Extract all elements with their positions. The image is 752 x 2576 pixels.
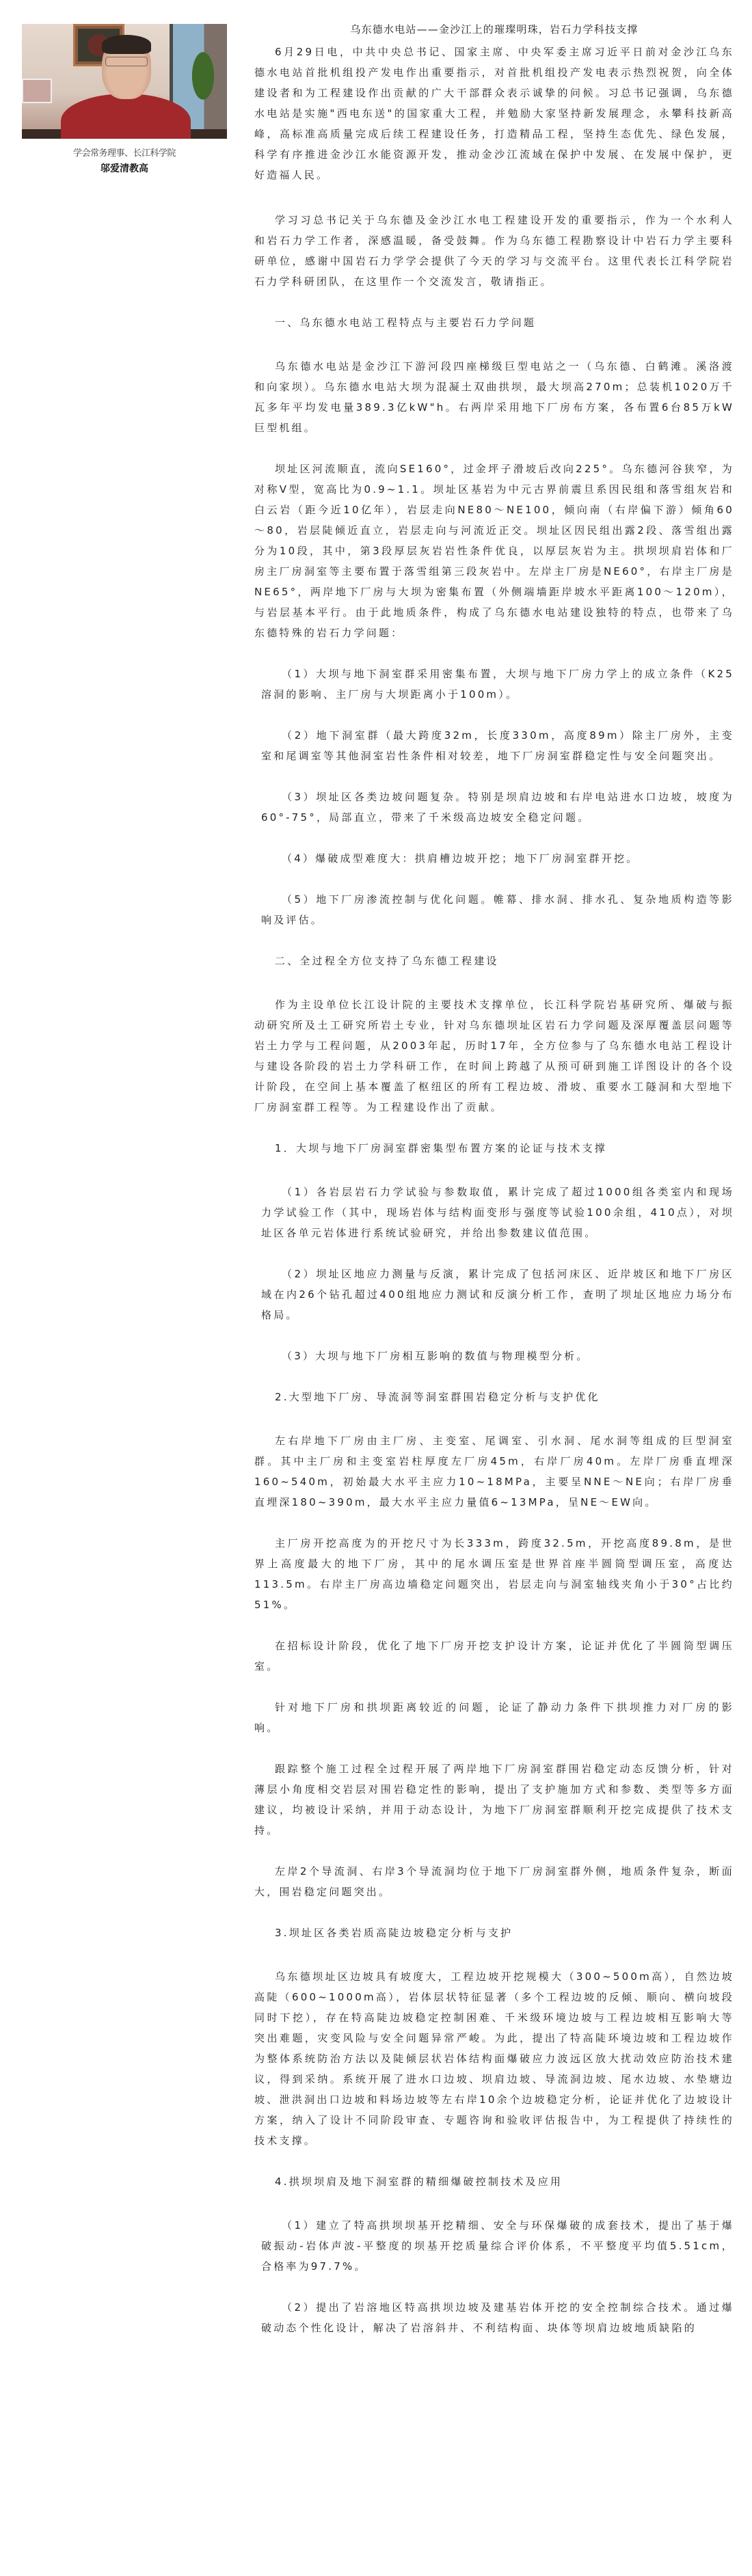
speaker-name: 邬爱清教高 xyxy=(22,161,227,177)
plant xyxy=(186,51,220,113)
photo-frame xyxy=(22,79,52,103)
speaker-glasses xyxy=(105,57,148,66)
speaker-photo xyxy=(22,24,227,139)
speaker-role: 学会常务理事、长江科学院 xyxy=(22,147,227,161)
list-item-paragraph: （3）大坝与地下厂房相互影响的数值与物理模型分析。 xyxy=(254,1346,734,1366)
body-paragraph: 针对地下厂房和拱坝距离较近的问题，论证了静动力条件下拱坝推力对厂房的影响。 xyxy=(254,1697,734,1738)
section-heading: 一、乌东德水电站工程特点与主要岩石力学问题 xyxy=(254,312,734,333)
body-paragraph: 乌东德水电站是金沙江下游河段四座梯级巨型电站之一（乌东德、白鹤滩。溪洛渡和向家坝… xyxy=(254,356,734,438)
section-heading: 1．大坝与地下厂房洞室群密集型布置方案的论证与技术支撑 xyxy=(254,1138,734,1158)
body-paragraph: 左右岸地下厂房由主厂房、主变室、尾调室、引水洞、尾水洞等组成的巨型洞室群。其中主… xyxy=(254,1431,734,1513)
article-title: 乌东德水电站——金沙江上的璀璨明珠，岩石力学科技支撑 xyxy=(254,21,734,38)
speaker-hair xyxy=(102,35,151,54)
body-paragraph: 作为主设单位长江设计院的主要技术支撑单位，长江科学院岩基研究所、爆破与振动研究所… xyxy=(254,994,734,1117)
list-item-paragraph: （1）各岩层岩石力学试验与参数取值，累计完成了超过1000组各类室内和现场力学试… xyxy=(254,1182,734,1243)
list-item-paragraph: （2）提出了岩溶地区特高拱坝边坡及建基岩体开挖的安全控制综合技术。通过爆破动态个… xyxy=(254,2297,734,2338)
article: 乌东德水电站——金沙江上的璀璨明珠，岩石力学科技支撑 6月29日电，中共中央总书… xyxy=(254,21,734,2359)
article-body: 6月29日电，中共中央总书记、国家主席、中央军委主席习近平日前对金沙江乌东德水电… xyxy=(254,42,734,2338)
body-paragraph: 乌东德坝址区边坡具有坡度大，工程边坡开挖规模大（300~500m高），自然边坡高… xyxy=(254,1966,734,2151)
body-paragraph: 6月29日电，中共中央总书记、国家主席、中央军委主席习近平日前对金沙江乌东德水电… xyxy=(254,42,734,185)
list-item-paragraph: （1）建立了特高拱坝坝基开挖精细、安全与环保爆破的成套技术，提出了基于爆破振动-… xyxy=(254,2215,734,2277)
list-item-paragraph: （1）大坝与地下洞室群采用密集布置，大坝与地下厂房力学上的成立条件（K25溶洞的… xyxy=(254,664,734,705)
body-paragraph: 左岸2个导流洞、右岸3个导流洞均位于地下厂房洞室群外侧，地质条件复杂，断面大，围… xyxy=(254,1861,734,1902)
section-heading: 4.拱坝坝肩及地下洞室群的精细爆破控制技术及应用 xyxy=(254,2171,734,2192)
list-item-paragraph: （5）地下厂房渗流控制与优化问题。帷幕、排水洞、排水孔、复杂地质构造等影响及评估… xyxy=(254,889,734,930)
list-item-paragraph: （2）坝址区地应力测量与反演，累计完成了包括河床区、近岸坡区和地下厂房区域在内2… xyxy=(254,1264,734,1325)
section-heading: 3.坝址区各类岩质高陡边坡稳定分析与支护 xyxy=(254,1923,734,1943)
photo-caption: 学会常务理事、长江科学院 邬爱清教高 xyxy=(22,147,227,177)
list-item-paragraph: （2）地下洞室群（最大跨度32m，长度330m，高度89m）除主厂房外，主变室和… xyxy=(254,725,734,766)
list-item-paragraph: （4）爆破成型难度大：拱肩槽边坡开挖；地下厂房洞室群开挖。 xyxy=(254,848,734,869)
speaker-sidebar: 学会常务理事、长江科学院 邬爱清教高 xyxy=(22,24,227,177)
body-paragraph: 主厂房开挖高度为的开挖尺寸为长333m，跨度32.5m，开挖高度89.8m，是世… xyxy=(254,1533,734,1615)
body-paragraph: 跟踪整个施工过程全过程开展了两岸地下厂房洞室群围岩稳定动态反馈分析，针对薄层小角… xyxy=(254,1759,734,1841)
list-item-paragraph: （3）坝址区各类边坡问题复杂。特别是坝肩边坡和右岸电站进水口边坡，坡度为60°-… xyxy=(254,787,734,828)
body-paragraph: 学习习总书记关于乌东德及金沙江水电工程建设开发的重要指示，作为一个水利人和岩石力… xyxy=(254,210,734,292)
body-paragraph: 坝址区河流顺直，流向SE160°，过金坪子滑坡后改向225°。乌东德河谷狭窄，为… xyxy=(254,459,734,643)
section-heading: 二、全过程全方位支持了乌东德工程建设 xyxy=(254,951,734,971)
section-heading: 2.大型地下厂房、导流洞等洞室群围岩稳定分析与支护优化 xyxy=(254,1387,734,1407)
body-paragraph: 在招标设计阶段，优化了地下厂房开挖支护设计方案，论证并优化了半圆筒型调压室。 xyxy=(254,1636,734,1677)
